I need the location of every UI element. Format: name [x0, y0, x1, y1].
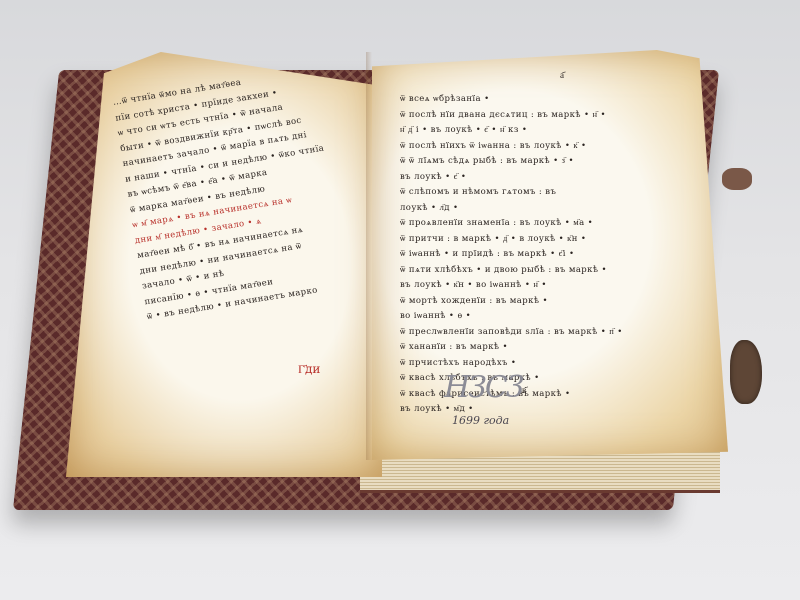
text-line: ѿ слѣпомъ и нѣмомъ гѧтомъ : въ [400, 185, 623, 201]
page-number: а҃ [560, 70, 564, 81]
text-line: ѿ мортѣ хожденїи : въ маркѣ • [400, 294, 623, 310]
text-line: н҃ д҃ і • въ лоукѣ • є҃ • н҃ кз • [400, 123, 623, 139]
text-line: ѿ іѡаннѣ • и прїидѣ : въ маркѣ • є҃і • [400, 247, 623, 263]
text-line: въ лоукѣ • к҃н • во іѡаннѣ • н҃ • [400, 278, 623, 294]
book-gutter [366, 52, 376, 460]
handwritten-year-note: 1699 года [452, 414, 509, 427]
pencil-inscription: НЗС3 [444, 370, 523, 405]
left-page-text: …ѿ чтнїа ѿмо на лѣ мат҃ѳеа пїи сотѣ хрис… [112, 65, 347, 326]
text-line: ѿ преслѡвленїи заповѣди ѕлїа : въ маркѣ … [400, 325, 623, 341]
book-clasp-top [722, 168, 752, 190]
red-initial: Г҃ди [298, 362, 320, 377]
right-page-text: ѿ всеѧ ѡбрѣзанїа • ѿ послѣ нїи двана дєс… [400, 92, 623, 418]
text-line: ѿ всеѧ ѡбрѣзанїа • [400, 92, 623, 108]
text-line: ѿ хананїи : въ маркѣ • [400, 340, 623, 356]
photo-scene: …ѿ чтнїа ѿмо на лѣ мат҃ѳеа пїи сотѣ хрис… [0, 0, 800, 600]
text-line: въ лоукѣ • є҃ • [400, 170, 623, 186]
text-line: ѿ прчистѣхъ народѣхъ • [400, 356, 623, 372]
text-line: лоукѣ • л҃д • [400, 201, 623, 217]
text-line: во іѡаннѣ • ѳ • [400, 309, 623, 325]
text-line: ѿ ѿ лїѧмъ сѣдѧ рыбѣ : въ маркѣ • з҃ • [400, 154, 623, 170]
text-line: ѿ пѧти хлѣбѣхъ • и двою рыбѣ : въ маркѣ … [400, 263, 623, 279]
text-line: ѿ послѣ нїихъ ѿ іѡанна : въ лоукѣ • к҃ • [400, 139, 623, 155]
text-line: ѿ проѧвленїи знаменїа : въ лоукѣ • м҃а • [400, 216, 623, 232]
book-clasp-right [730, 340, 762, 404]
text-line: ѿ притчи : в маркѣ • д҃ • в лоукѣ • к҃н … [400, 232, 623, 248]
text-line: ѿ послѣ нїи двана дєсѧтиц : въ маркѣ • н… [400, 108, 623, 124]
